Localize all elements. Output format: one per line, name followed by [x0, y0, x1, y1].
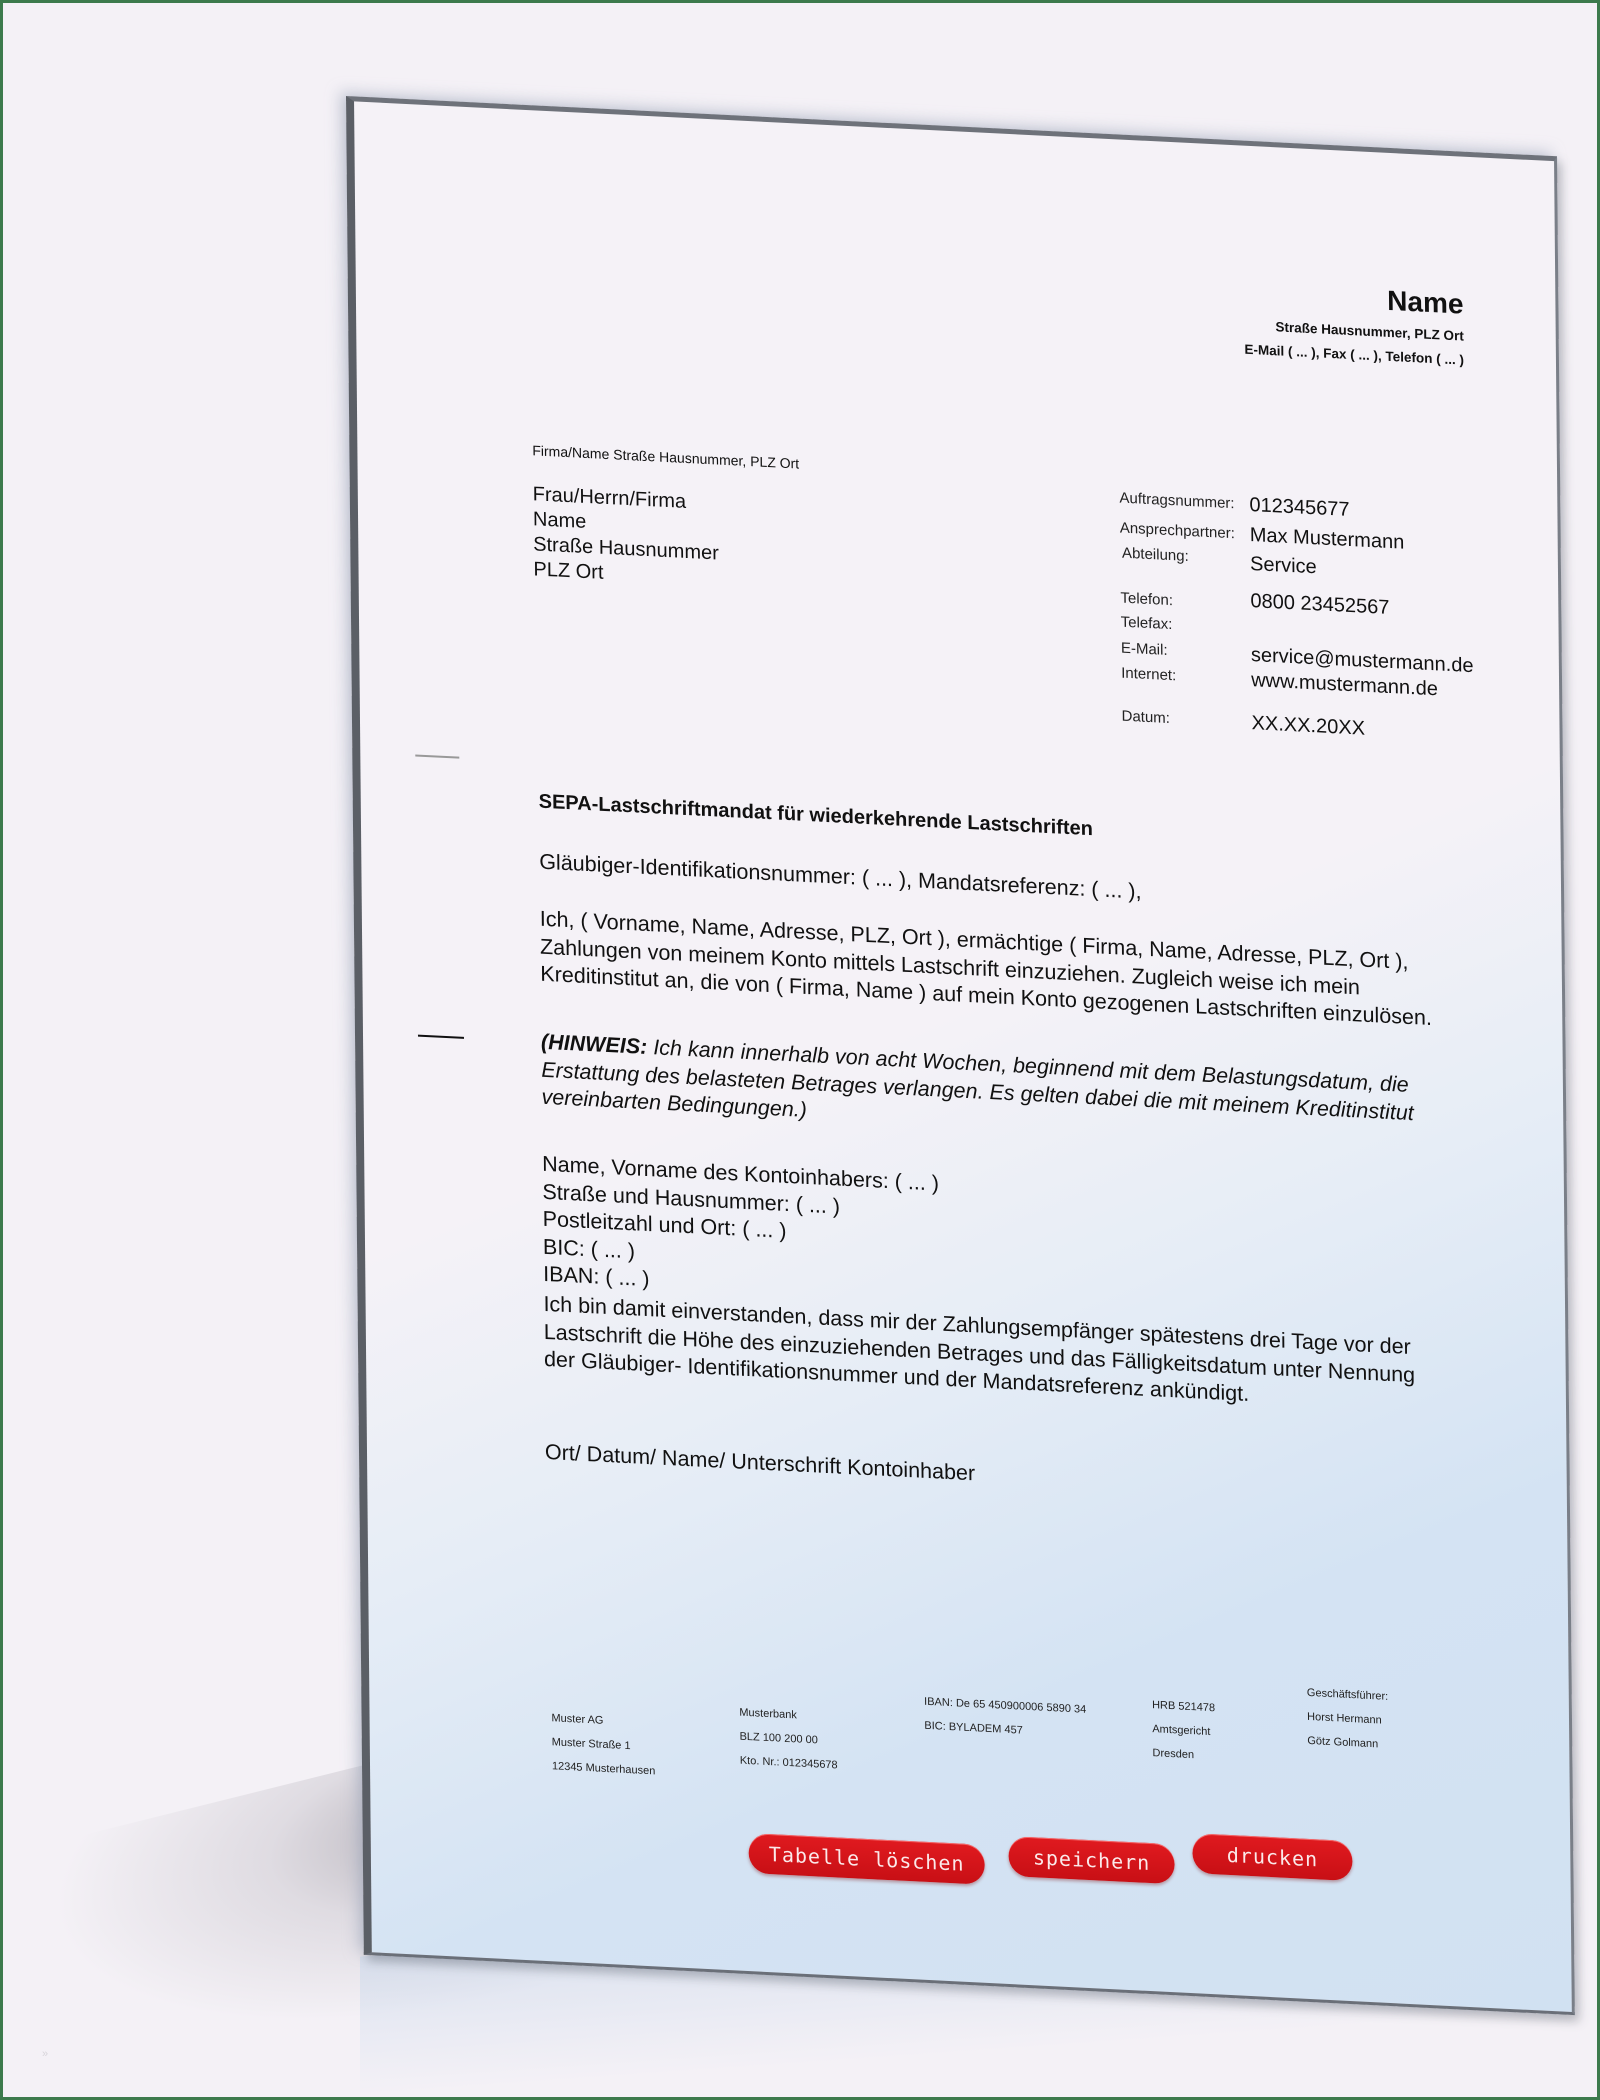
consent-paragraph: Ich bin damit einverstanden, dass mir de… [543, 1291, 1415, 1417]
footer-line: 12345 Musterhausen [552, 1754, 656, 1783]
footer-line: HRB 521478 [1152, 1693, 1215, 1720]
hint-label: (HINWEIS: [541, 1030, 648, 1059]
footer-company: Muster AG Muster Straße 1 12345 Musterha… [551, 1706, 655, 1783]
info-label: Auftragsnummer: [1119, 490, 1234, 513]
print-button[interactable]: drucken [1192, 1833, 1352, 1881]
letterhead-contact: E-Mail ( ... ), Fax ( ... ), Telefon ( .… [1244, 342, 1464, 368]
signature-line: Ort/ Datum/ Name/ Unterschrift Kontoinha… [545, 1439, 975, 1488]
footer-bank: Musterbank BLZ 100 200 00 Kto. Nr.: 0123… [739, 1701, 838, 1778]
watermark-mark: » [42, 2048, 48, 2060]
info-label: Telefax: [1121, 614, 1173, 634]
info-label: Abteilung: [1122, 545, 1189, 565]
info-value: 012345677 [1249, 494, 1349, 522]
creditor-id-line: Gläubiger-Identifikationsnummer: ( ... )… [539, 849, 1141, 906]
footer-line: Götz Golmann [1307, 1729, 1389, 1757]
footer-management: Geschäftsführer: Horst Hermann Götz Golm… [1307, 1681, 1389, 1757]
info-label: Ansprechpartner: [1120, 520, 1235, 543]
document-subject: SEPA-Lastschriftmandat für wiederkehrend… [539, 791, 1093, 842]
document-page: Name Straße Hausnummer, PLZ Ort E-Mail (… [346, 96, 1575, 2015]
info-label: Datum: [1122, 708, 1171, 727]
save-button[interactable]: speichern [1008, 1836, 1174, 1884]
info-value: Service [1250, 553, 1317, 579]
recipient-address: Frau/Herrn/Firma Name Straße Hausnummer … [533, 482, 720, 591]
footer-register: HRB 521478 Amtsgericht Dresden [1152, 1693, 1216, 1768]
letterhead-address: Straße Hausnummer, PLZ Ort [1275, 319, 1463, 343]
punch-mark [418, 1035, 464, 1039]
footer-line: Kto. Nr.: 012345678 [740, 1749, 838, 1778]
account-holder-fields: Name, Vorname des Kontoinhabers: ( ... )… [542, 1151, 940, 1308]
info-value: 0800 23452567 [1250, 590, 1389, 620]
authorization-paragraph: Ich, ( Vorname, Name, Adresse, PLZ, Ort … [540, 906, 1432, 1033]
fold-mark [415, 754, 459, 758]
hint-paragraph: (HINWEIS: Ich kann innerhalb von acht Wo… [541, 1029, 1414, 1155]
clear-table-button[interactable]: Tabelle löschen [748, 1833, 984, 1885]
info-value: XX.XX.20XX [1251, 712, 1365, 741]
footer-line: Dresden [1152, 1741, 1215, 1768]
info-label: Internet: [1121, 665, 1176, 685]
info-label: E-Mail: [1121, 640, 1168, 659]
info-value: Max Mustermann [1250, 524, 1405, 555]
footer-line: Amtsgericht [1152, 1717, 1215, 1744]
sender-return-line: Firma/Name Straße Hausnummer, PLZ Ort [532, 442, 799, 471]
info-label: Telefon: [1120, 590, 1173, 610]
letterhead-name: Name [1387, 285, 1464, 321]
footer-iban-bic: IBAN: De 65 450900006 5890 34 BIC: BYLAD… [924, 1690, 1087, 1746]
